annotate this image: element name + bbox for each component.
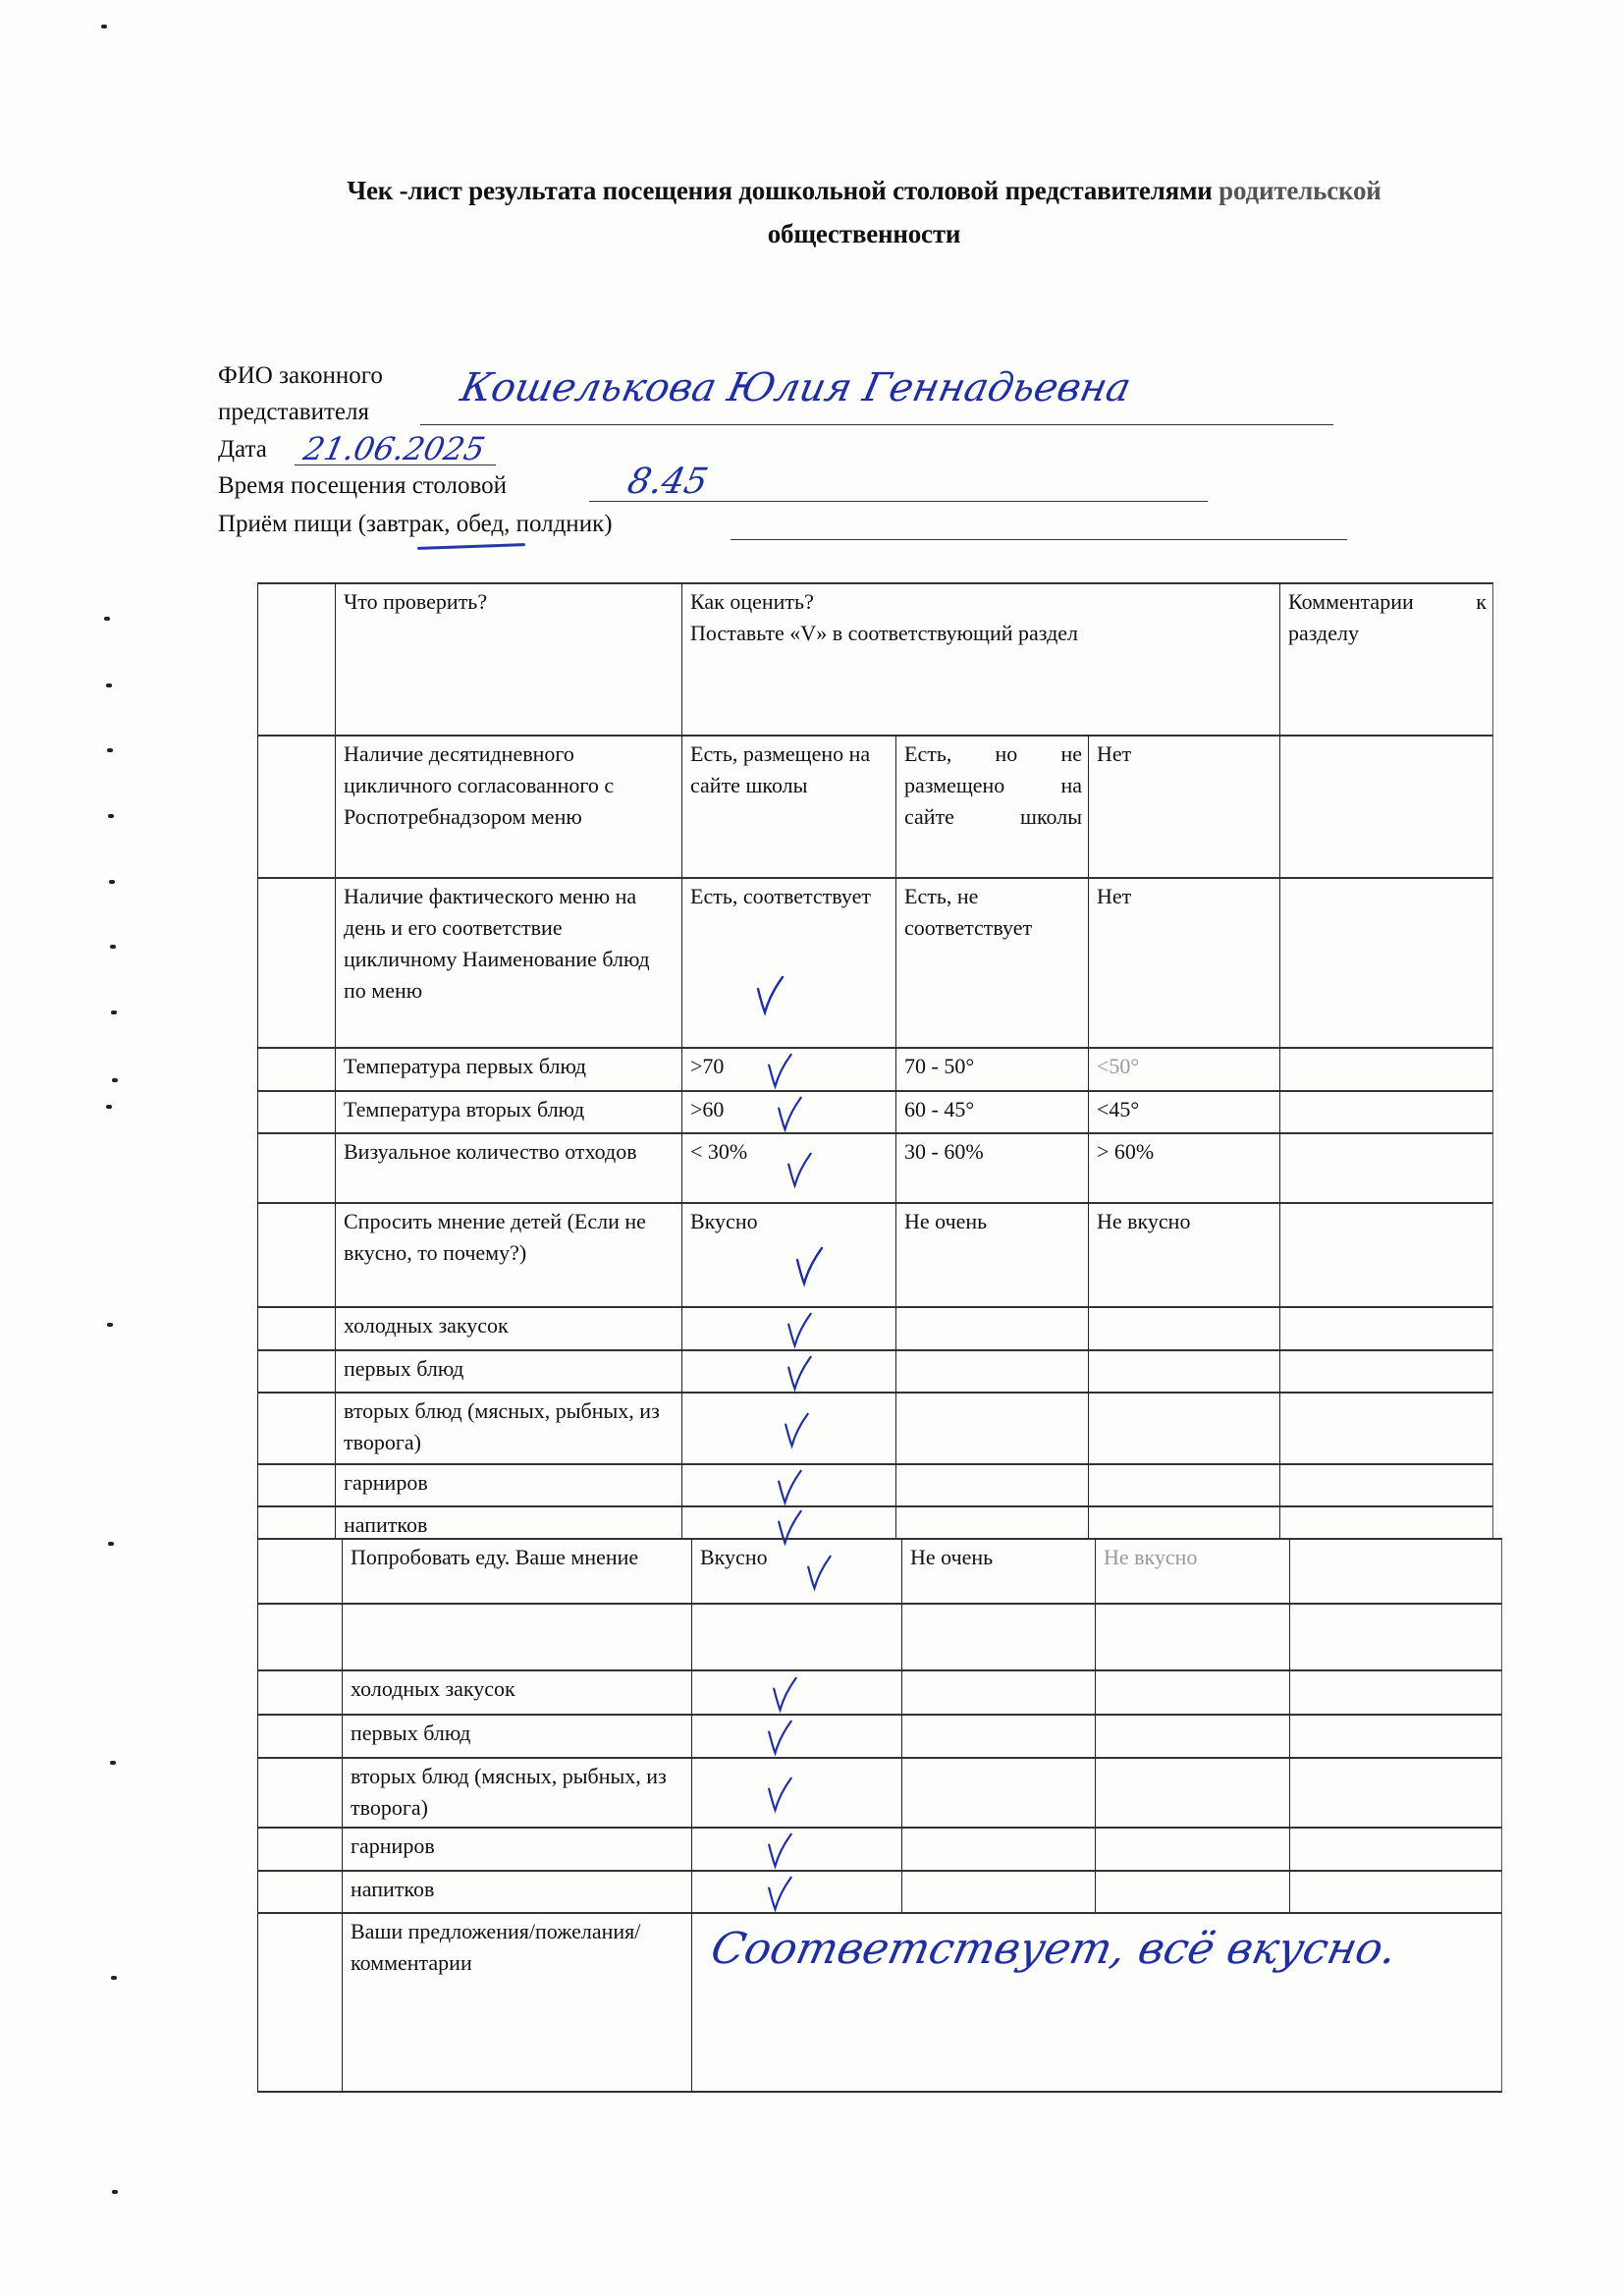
row-item-label-text: гарниров	[344, 1467, 676, 1499]
checkmark-icon[interactable]	[771, 1676, 798, 1712]
row-option-3[interactable]	[1095, 1827, 1289, 1870]
row-number-cell	[257, 735, 335, 877]
meal-selected-underline	[417, 543, 525, 550]
margin-dot	[108, 1542, 114, 1546]
meal-line	[731, 539, 1347, 540]
representative-label-2: представителя	[218, 398, 369, 427]
representative-label-1: ФИО законного	[218, 361, 383, 391]
row-comment-cell[interactable]	[1279, 1047, 1493, 1090]
header-what-to-check-text: Что проверить?	[344, 586, 676, 618]
row-item-label-text: Наличие фактического меню на день и его …	[344, 881, 676, 1007]
row-item-label-text: Температура первых блюд	[344, 1051, 676, 1082]
row-option-1-text: Вкусно	[690, 1206, 890, 1237]
row-item-label: первых блюд	[342, 1714, 691, 1757]
row-option-3[interactable]: Нет	[1088, 735, 1279, 877]
row-option-3[interactable]: Не вкусно	[1088, 1202, 1279, 1306]
margin-dot	[101, 25, 107, 28]
header-number-cell	[257, 582, 335, 735]
margin-dot	[106, 683, 112, 687]
checkmark-icon[interactable]	[805, 1555, 833, 1590]
row-item-label: вторых блюд (мясных, рыбных, из творога)	[335, 1392, 681, 1463]
row-item-label: Попробовать еду. Ваше мнение	[342, 1538, 691, 1603]
row-option-1[interactable]: Есть, соответствует	[681, 877, 895, 1047]
row-number-cell	[257, 1132, 335, 1202]
row-number-cell	[257, 1757, 342, 1827]
date-label: Дата	[218, 435, 267, 465]
row-comment-cell[interactable]	[1279, 1392, 1493, 1463]
margin-dot	[112, 1078, 118, 1082]
row-option-2[interactable]	[901, 1669, 1095, 1714]
row-item-label-text: холодных закусок	[351, 1673, 685, 1705]
suggestions-number-cell	[257, 1912, 342, 2093]
row-number-cell	[257, 1349, 335, 1392]
header-how-to-rate: Как оценить?Поставьте «V» в соответствую…	[681, 582, 1279, 735]
row-item-label-text: Визуальное количество отходов	[344, 1136, 676, 1168]
row-comment-cell[interactable]	[1289, 1870, 1502, 1912]
header-how-to-rate-hint: Поставьте «V» в соответствующий раздел	[690, 618, 1273, 649]
row-option-1[interactable]: Вкусно	[691, 1538, 901, 1603]
time-field[interactable]: 8.45	[624, 462, 712, 502]
row-option-1[interactable]	[691, 1714, 901, 1757]
row-comment-cell[interactable]	[1289, 1669, 1502, 1714]
row-item-label-text: первых блюд	[344, 1353, 676, 1385]
row-option-3[interactable]	[1088, 1306, 1279, 1349]
row-option-2[interactable]	[895, 1463, 1088, 1505]
row-option-3[interactable]: Нет	[1088, 877, 1279, 1047]
row-comment-cell[interactable]	[1279, 1202, 1493, 1306]
representative-field[interactable]: Кошелькова Юлия Геннадьевна	[457, 365, 1135, 410]
checkmark-icon[interactable]	[785, 1312, 813, 1347]
row-item-label: Температура первых блюд	[335, 1047, 681, 1090]
document-title: Чек -лист результата посещения дошкольно…	[177, 169, 1551, 255]
row-comment-cell[interactable]	[1279, 1349, 1493, 1392]
row-option-2[interactable]	[895, 1392, 1088, 1463]
row-option-2[interactable]	[901, 1603, 1095, 1669]
row-option-3[interactable]: <50°	[1088, 1047, 1279, 1090]
row-item-label: Визуальное количество отходов	[335, 1132, 681, 1202]
title-line-1: Чек -лист результата посещения дошкольно…	[347, 176, 1218, 205]
margin-dot	[111, 1976, 117, 1980]
row-option-2[interactable]: 70 - 50°	[895, 1047, 1088, 1090]
row-option-1[interactable]: Вкусно	[681, 1202, 895, 1306]
row-comment-cell[interactable]	[1279, 1505, 1493, 1538]
margin-dot	[110, 945, 116, 949]
row-comment-cell[interactable]	[1289, 1757, 1502, 1827]
row-item-label: Спросить мнение детей (Если не вкусно, т…	[335, 1202, 681, 1306]
row-option-3-text: <45°	[1097, 1094, 1273, 1125]
row-item-label: Наличие десятидневного цикличного соглас…	[335, 735, 681, 877]
row-item-label: Наличие фактического меню на день и его …	[335, 877, 681, 1047]
margin-dot	[107, 1323, 113, 1327]
checkmark-icon[interactable]	[766, 1720, 793, 1755]
header-what-to-check: Что проверить?	[335, 582, 681, 735]
row-option-2[interactable]	[901, 1757, 1095, 1827]
checkmark-icon[interactable]	[766, 1053, 793, 1088]
row-comment-cell[interactable]	[1289, 1714, 1502, 1757]
suggestions-value: Соответствует, всё вкусно.	[709, 1934, 1400, 1965]
row-option-2[interactable]	[895, 1505, 1088, 1538]
margin-dot	[104, 617, 110, 621]
row-option-3[interactable]: > 60%	[1088, 1132, 1279, 1202]
checkmark-icon[interactable]	[776, 1096, 803, 1131]
row-option-2-text: 70 - 50°	[904, 1051, 1082, 1082]
suggestions-label-text: Ваши предложения/пожелания/ комментарии	[351, 1916, 685, 1979]
row-option-2[interactable]	[901, 1714, 1095, 1757]
representative-line	[420, 424, 1333, 425]
checkmark-icon[interactable]	[783, 1412, 810, 1448]
checkmark-icon[interactable]	[776, 1469, 803, 1504]
row-option-2-text: Не очень	[910, 1542, 1089, 1573]
row-number-cell	[257, 1669, 342, 1714]
row-number-cell	[257, 1603, 342, 1669]
margin-dot	[107, 748, 113, 752]
row-comment-cell[interactable]	[1279, 735, 1493, 877]
row-item-label: гарниров	[335, 1463, 681, 1505]
row-number-cell	[257, 1538, 342, 1603]
title-line-2: общественности	[177, 212, 1551, 255]
row-option-2[interactable]	[901, 1870, 1095, 1912]
header-comments-text: Комментарии к разделу	[1288, 586, 1487, 649]
margin-dot	[110, 1761, 116, 1765]
row-item-label-text: вторых блюд (мясных, рыбных, из творога)	[344, 1395, 676, 1458]
row-option-3[interactable]	[1088, 1392, 1279, 1463]
row-option-1[interactable]: Есть, размещено на сайте школы	[681, 735, 895, 877]
suggestions-field[interactable]: Соответствует, всё вкусно.	[691, 1912, 1502, 2093]
row-option-1-text: Вкусно	[700, 1542, 895, 1573]
row-option-3[interactable]	[1095, 1757, 1289, 1827]
row-number-cell	[257, 1827, 342, 1870]
row-number-cell	[257, 1714, 342, 1757]
row-option-2[interactable]	[895, 1349, 1088, 1392]
row-option-1[interactable]	[691, 1827, 901, 1870]
row-option-3-text: Нет	[1097, 881, 1273, 912]
row-comment-cell[interactable]	[1289, 1827, 1502, 1870]
row-option-1[interactable]	[691, 1603, 901, 1669]
row-number-cell	[257, 1090, 335, 1132]
row-item-label-text: гарниров	[351, 1831, 685, 1862]
row-item-label-text: напитков	[344, 1509, 676, 1541]
row-item-label-text: Наличие десятидневного цикличного соглас…	[344, 738, 676, 833]
row-number-cell	[257, 1306, 335, 1349]
date-field[interactable]: 21.06.2025	[300, 430, 488, 467]
header-comments: Комментарии к разделу	[1279, 582, 1493, 735]
row-option-1-text: Есть, размещено на сайте школы	[690, 738, 890, 801]
margin-dot	[108, 814, 114, 818]
row-number-cell	[257, 1392, 335, 1463]
row-item-label: холодных закусок	[342, 1669, 691, 1714]
row-option-2-text: 60 - 45°	[904, 1094, 1082, 1125]
row-option-2[interactable]: Есть, но не размещено на сайте школы	[895, 735, 1088, 877]
row-option-2[interactable]: Не очень	[901, 1538, 1095, 1603]
margin-dot	[111, 1011, 117, 1014]
row-option-2[interactable]	[895, 1306, 1088, 1349]
row-option-3-text: > 60%	[1097, 1136, 1273, 1168]
row-item-label	[342, 1603, 691, 1669]
row-option-2-text: Не очень	[904, 1206, 1082, 1237]
row-number-cell	[257, 1047, 335, 1090]
time-label: Время посещения столовой	[218, 471, 507, 501]
checkmark-icon[interactable]	[766, 1832, 793, 1868]
row-option-2[interactable]	[901, 1827, 1095, 1870]
row-comment-cell[interactable]	[1279, 1463, 1493, 1505]
row-item-label-text: Температура вторых блюд	[344, 1094, 676, 1125]
row-option-3[interactable]	[1095, 1669, 1289, 1714]
row-option-2[interactable]: 60 - 45°	[895, 1090, 1088, 1132]
row-option-2[interactable]: Есть, не соответствует	[895, 877, 1088, 1047]
row-comment-cell[interactable]	[1279, 1132, 1493, 1202]
row-comment-cell[interactable]	[1279, 1306, 1493, 1349]
title-line-1-end: родительской	[1218, 176, 1380, 205]
row-comment-cell[interactable]	[1279, 877, 1493, 1047]
row-option-3[interactable]	[1095, 1714, 1289, 1757]
row-option-3[interactable]	[1088, 1463, 1279, 1505]
row-option-1[interactable]	[691, 1870, 901, 1912]
row-item-label: Температура вторых блюд	[335, 1090, 681, 1132]
checkmark-icon[interactable]	[785, 1152, 813, 1187]
row-option-1[interactable]	[691, 1757, 901, 1827]
row-item-label: напитков	[342, 1870, 691, 1912]
checkmark-icon[interactable]	[766, 1777, 793, 1812]
row-item-label-text: первых блюд	[351, 1718, 685, 1749]
row-option-3[interactable]	[1088, 1505, 1279, 1538]
row-item-label: первых блюд	[335, 1349, 681, 1392]
row-option-3[interactable]: Не вкусно	[1095, 1538, 1289, 1603]
header-how-to-rate-text: Как оценить?	[690, 586, 1273, 618]
row-option-1-text: Есть, соответствует	[690, 881, 890, 912]
row-item-label: холодных закусок	[335, 1306, 681, 1349]
row-comment-cell[interactable]	[1289, 1603, 1502, 1669]
row-item-label: гарниров	[342, 1827, 691, 1870]
row-option-3[interactable]: <45°	[1088, 1090, 1279, 1132]
row-option-2-text: Есть, не соответствует	[904, 881, 1082, 944]
row-number-cell	[257, 1505, 335, 1538]
row-item-label-text: напитков	[351, 1874, 685, 1905]
row-number-cell	[257, 1202, 335, 1306]
margin-dot	[109, 880, 115, 884]
row-option-3-text: Нет	[1097, 738, 1273, 770]
row-number-cell	[257, 1870, 342, 1912]
row-option-2[interactable]: 30 - 60%	[895, 1132, 1088, 1202]
row-comment-cell[interactable]	[1289, 1538, 1502, 1603]
checkmark-icon[interactable]	[766, 1876, 793, 1911]
row-comment-cell[interactable]	[1279, 1090, 1493, 1132]
meal-label: Приём пищи (завтрак, обед, полдник)	[218, 510, 613, 539]
row-option-3[interactable]	[1095, 1870, 1289, 1912]
row-option-2-text: Есть, но не размещено на сайте школы	[904, 738, 1082, 833]
margin-dot	[106, 1105, 112, 1109]
row-item-label-text: вторых блюд (мясных, рыбных, из творога)	[351, 1761, 685, 1824]
checkmark-icon[interactable]	[795, 1241, 823, 1290]
margin-dot	[112, 2190, 118, 2194]
row-option-2-text: 30 - 60%	[904, 1136, 1082, 1168]
row-item-label-text: холодных закусок	[344, 1310, 676, 1341]
row-option-3[interactable]	[1095, 1603, 1289, 1669]
checkmark-icon[interactable]	[756, 970, 784, 1019]
row-option-2[interactable]: Не очень	[895, 1202, 1088, 1306]
row-option-3[interactable]	[1088, 1349, 1279, 1392]
suggestions-label: Ваши предложения/пожелания/ комментарии	[342, 1912, 691, 2093]
row-option-3-text: Не вкусно	[1097, 1206, 1273, 1237]
row-item-label: напитков	[335, 1505, 681, 1538]
row-item-label-text: Попробовать еду. Ваше мнение	[351, 1542, 685, 1573]
row-item-label-text: Спросить мнение детей (Если не вкусно, т…	[344, 1206, 676, 1269]
checkmark-icon[interactable]	[785, 1355, 813, 1391]
row-number-cell	[257, 877, 335, 1047]
row-item-label: вторых блюд (мясных, рыбных, из творога)	[342, 1757, 691, 1827]
row-option-3-text: <50°	[1097, 1051, 1273, 1082]
row-number-cell	[257, 1463, 335, 1505]
row-option-3-text: Не вкусно	[1104, 1542, 1283, 1573]
